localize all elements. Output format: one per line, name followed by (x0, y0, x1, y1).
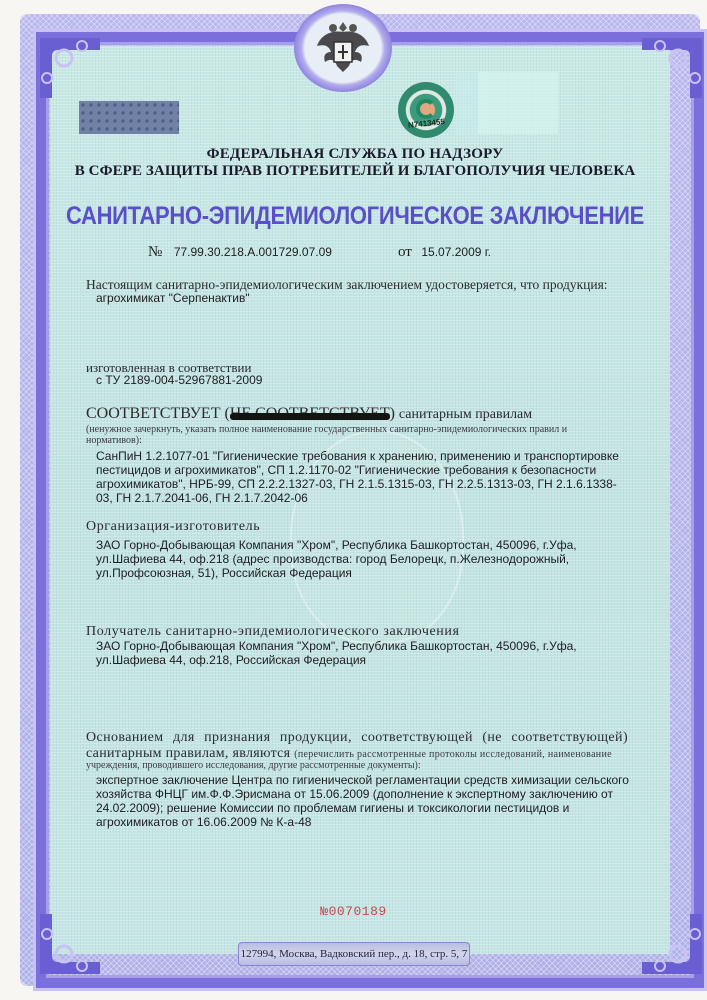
security-pattern-patch (79, 101, 179, 134)
agency-name-line2: В СФЕРЕ ЗАЩИТЫ ПРАВ ПОТРЕБИТЕЛЕЙ И БЛАГО… (60, 163, 650, 180)
document-date: от 15.07.2009 г. (398, 244, 491, 261)
coat-of-arms-icon (294, 4, 392, 92)
number-value: 77.99.30.218.А.001729.07.09 (174, 245, 332, 259)
sanitary-rules-list: СанПиН 1.2.1077-01 "Гигиенические требов… (96, 449, 626, 505)
manufacturer-value: ЗАО Горно-Добывающая Компания "Хром", Ре… (96, 538, 626, 580)
struck-non-conformity: НЕ СООТВЕТСТВУЕТ (230, 405, 390, 423)
ornament-corner-icon (38, 912, 102, 976)
security-pattern-patch (478, 72, 558, 134)
ornament-corner-icon (38, 36, 102, 100)
issuer-address-text: 127994, Москва, Вадковский пер., д. 18, … (241, 948, 468, 960)
conformity-note: (ненужное зачеркнуть, указать полное наи… (86, 424, 606, 446)
basis-value: экспертное заключение Центра по гигиенич… (96, 773, 631, 829)
recipient-value: ЗАО Горно-Добывающая Компания "Хром", Ре… (96, 639, 626, 667)
document-number: № 77.99.30.218.А.001729.07.09 (148, 244, 332, 261)
recipient-label: Получатель санитарно-эпидемиологического… (86, 624, 460, 640)
basis-note-part2: учреждения, проводившего исследования, д… (86, 760, 421, 771)
ornament-corner-icon (640, 912, 704, 976)
number-label: № (148, 244, 162, 260)
conformity-line: СООТВЕТСТВУЕТ (НЕ СООТВЕТСТВУЕТ) санитар… (86, 405, 532, 423)
ornament-corner-icon (640, 36, 704, 100)
technical-spec: с ТУ 2189-004-52967881-2009 (96, 373, 262, 387)
basis-label-text: санитарным правилам, являются (86, 746, 290, 761)
date-label: от (398, 244, 412, 260)
basis-note-part1: (перечислить рассмотренные протоколы исс… (294, 749, 612, 760)
hologram-number: N7413455 (407, 117, 445, 130)
serial-number: №0070189 (0, 904, 707, 919)
conformity-status: СООТВЕТСТВУЕТ (86, 405, 220, 422)
date-value: 15.07.2009 г. (421, 245, 491, 259)
product-name: агрохимикат "Серпенактив" (96, 291, 250, 305)
hologram-logo-icon (416, 99, 436, 119)
document-title: САНИТАРНО-ЭПИДЕМИОЛОГИЧЕСКОЕ ЗАКЛЮЧЕНИЕ (60, 201, 650, 231)
basis-label-line1: Основанием для признания продукции, соот… (86, 729, 628, 747)
manufacturer-label: Организация-изготовитель (86, 519, 260, 535)
agency-name-line1: ФЕДЕРАЛЬНАЯ СЛУЖБА ПО НАДЗОРУ (60, 146, 650, 163)
issuer-address: 127994, Москва, Вадковский пер., д. 18, … (238, 942, 470, 966)
hologram-sticker: N7413455 (398, 82, 454, 138)
conformity-suffix: санитарным правилам (399, 407, 532, 422)
